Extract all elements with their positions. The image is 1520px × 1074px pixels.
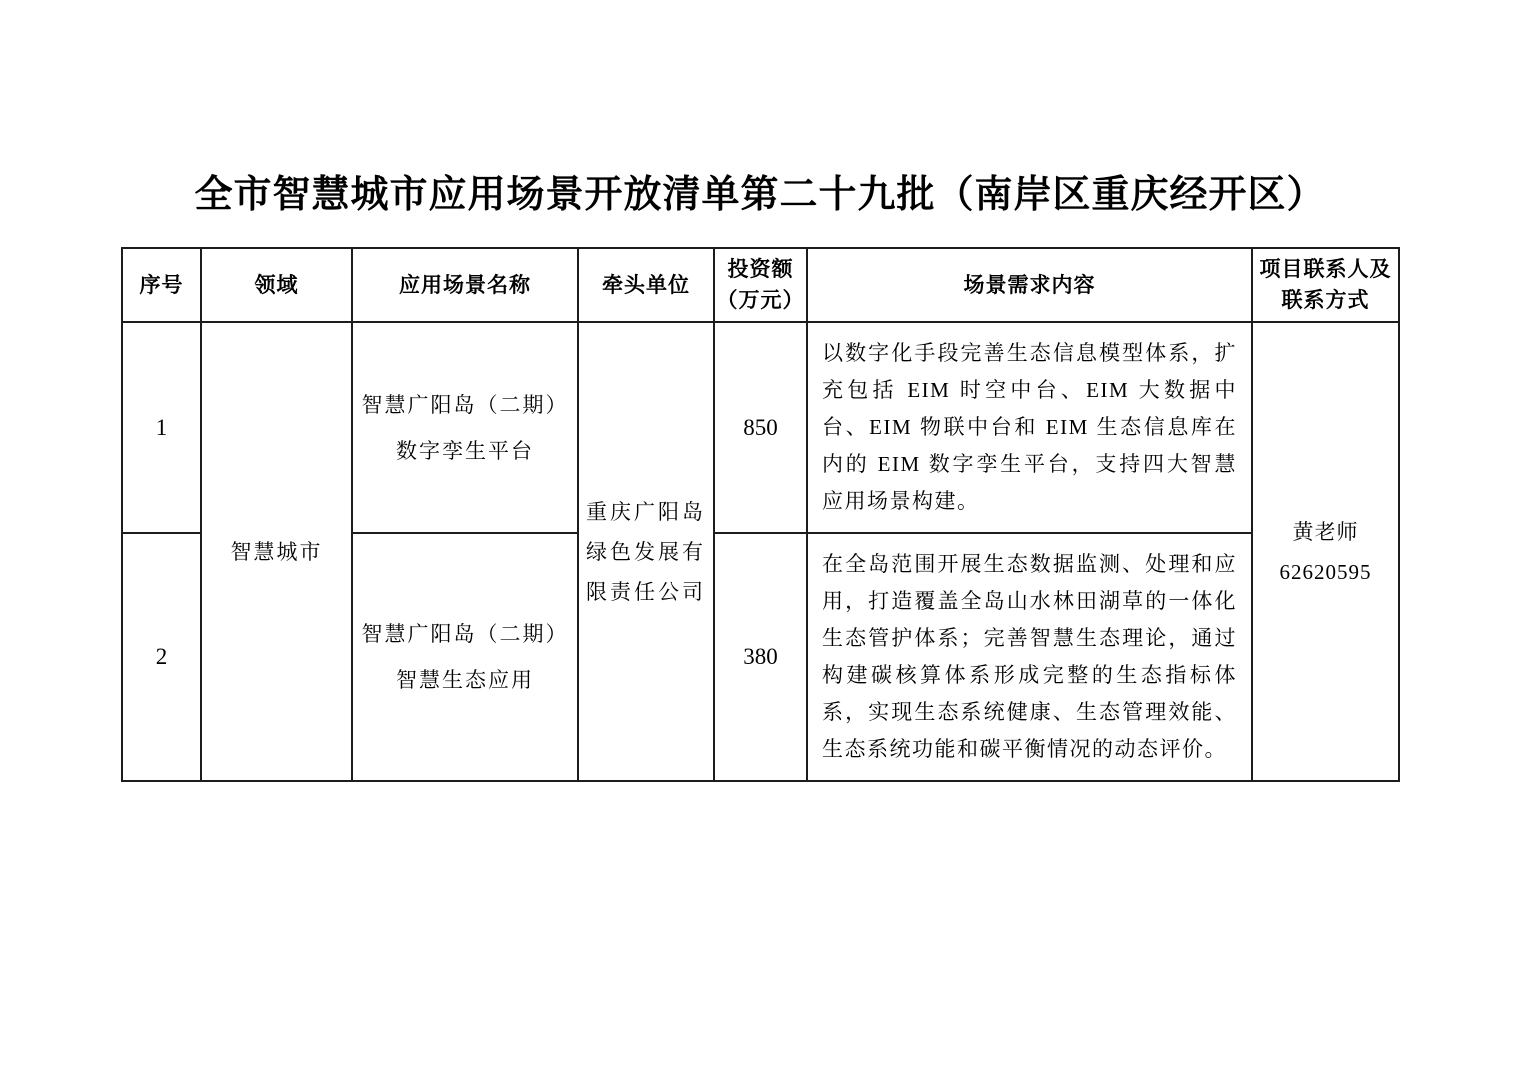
cell-scenario-name-2: 智慧广阳岛（二期） 智慧生态应用 xyxy=(352,533,578,781)
cell-requirements-1: 以数字化手段完善生态信息模型体系，扩充包括 EIM 时空中台、EIM 大数据中台… xyxy=(807,322,1252,533)
table-row: 1 智慧城市 智慧广阳岛（二期） 数字孪生平台 重庆广阳岛 绿色发展有 限责任公… xyxy=(122,322,1399,533)
col-header-requirements: 场景需求内容 xyxy=(807,248,1252,322)
cell-seq-1: 1 xyxy=(122,322,201,533)
cell-requirements-2: 在全岛范围开展生态数据监测、处理和应用，打造覆盖全岛山水林田湖草的一体化生态管护… xyxy=(807,533,1252,781)
cell-investment-2: 380 xyxy=(714,533,807,781)
document-page: 全市智慧城市应用场景开放清单第二十九批（南岸区重庆经开区） 序号 领域 应用场景… xyxy=(0,0,1520,1074)
cell-scenario-name-1: 智慧广阳岛（二期） 数字孪生平台 xyxy=(352,322,578,533)
col-header-seq: 序号 xyxy=(122,248,201,322)
col-header-lead-unit: 牵头单位 xyxy=(578,248,714,322)
cell-contact: 黄老师 62620595 xyxy=(1252,322,1399,781)
cell-lead-unit: 重庆广阳岛 绿色发展有 限责任公司 xyxy=(578,322,714,781)
cell-domain: 智慧城市 xyxy=(201,322,352,781)
document-title: 全市智慧城市应用场景开放清单第二十九批（南岸区重庆经开区） xyxy=(0,172,1520,218)
cell-investment-1: 850 xyxy=(714,322,807,533)
col-header-investment: 投资额 （万元） xyxy=(714,248,807,322)
table-header-row: 序号 领域 应用场景名称 牵头单位 投资额 （万元） 场景需求内容 项目联系人及… xyxy=(122,248,1399,322)
col-header-domain: 领域 xyxy=(201,248,352,322)
col-header-scenario-name: 应用场景名称 xyxy=(352,248,578,322)
col-header-contact: 项目联系人及 联系方式 xyxy=(1252,248,1399,322)
scenario-table: 序号 领域 应用场景名称 牵头单位 投资额 （万元） 场景需求内容 项目联系人及… xyxy=(121,247,1400,782)
cell-seq-2: 2 xyxy=(122,533,201,781)
